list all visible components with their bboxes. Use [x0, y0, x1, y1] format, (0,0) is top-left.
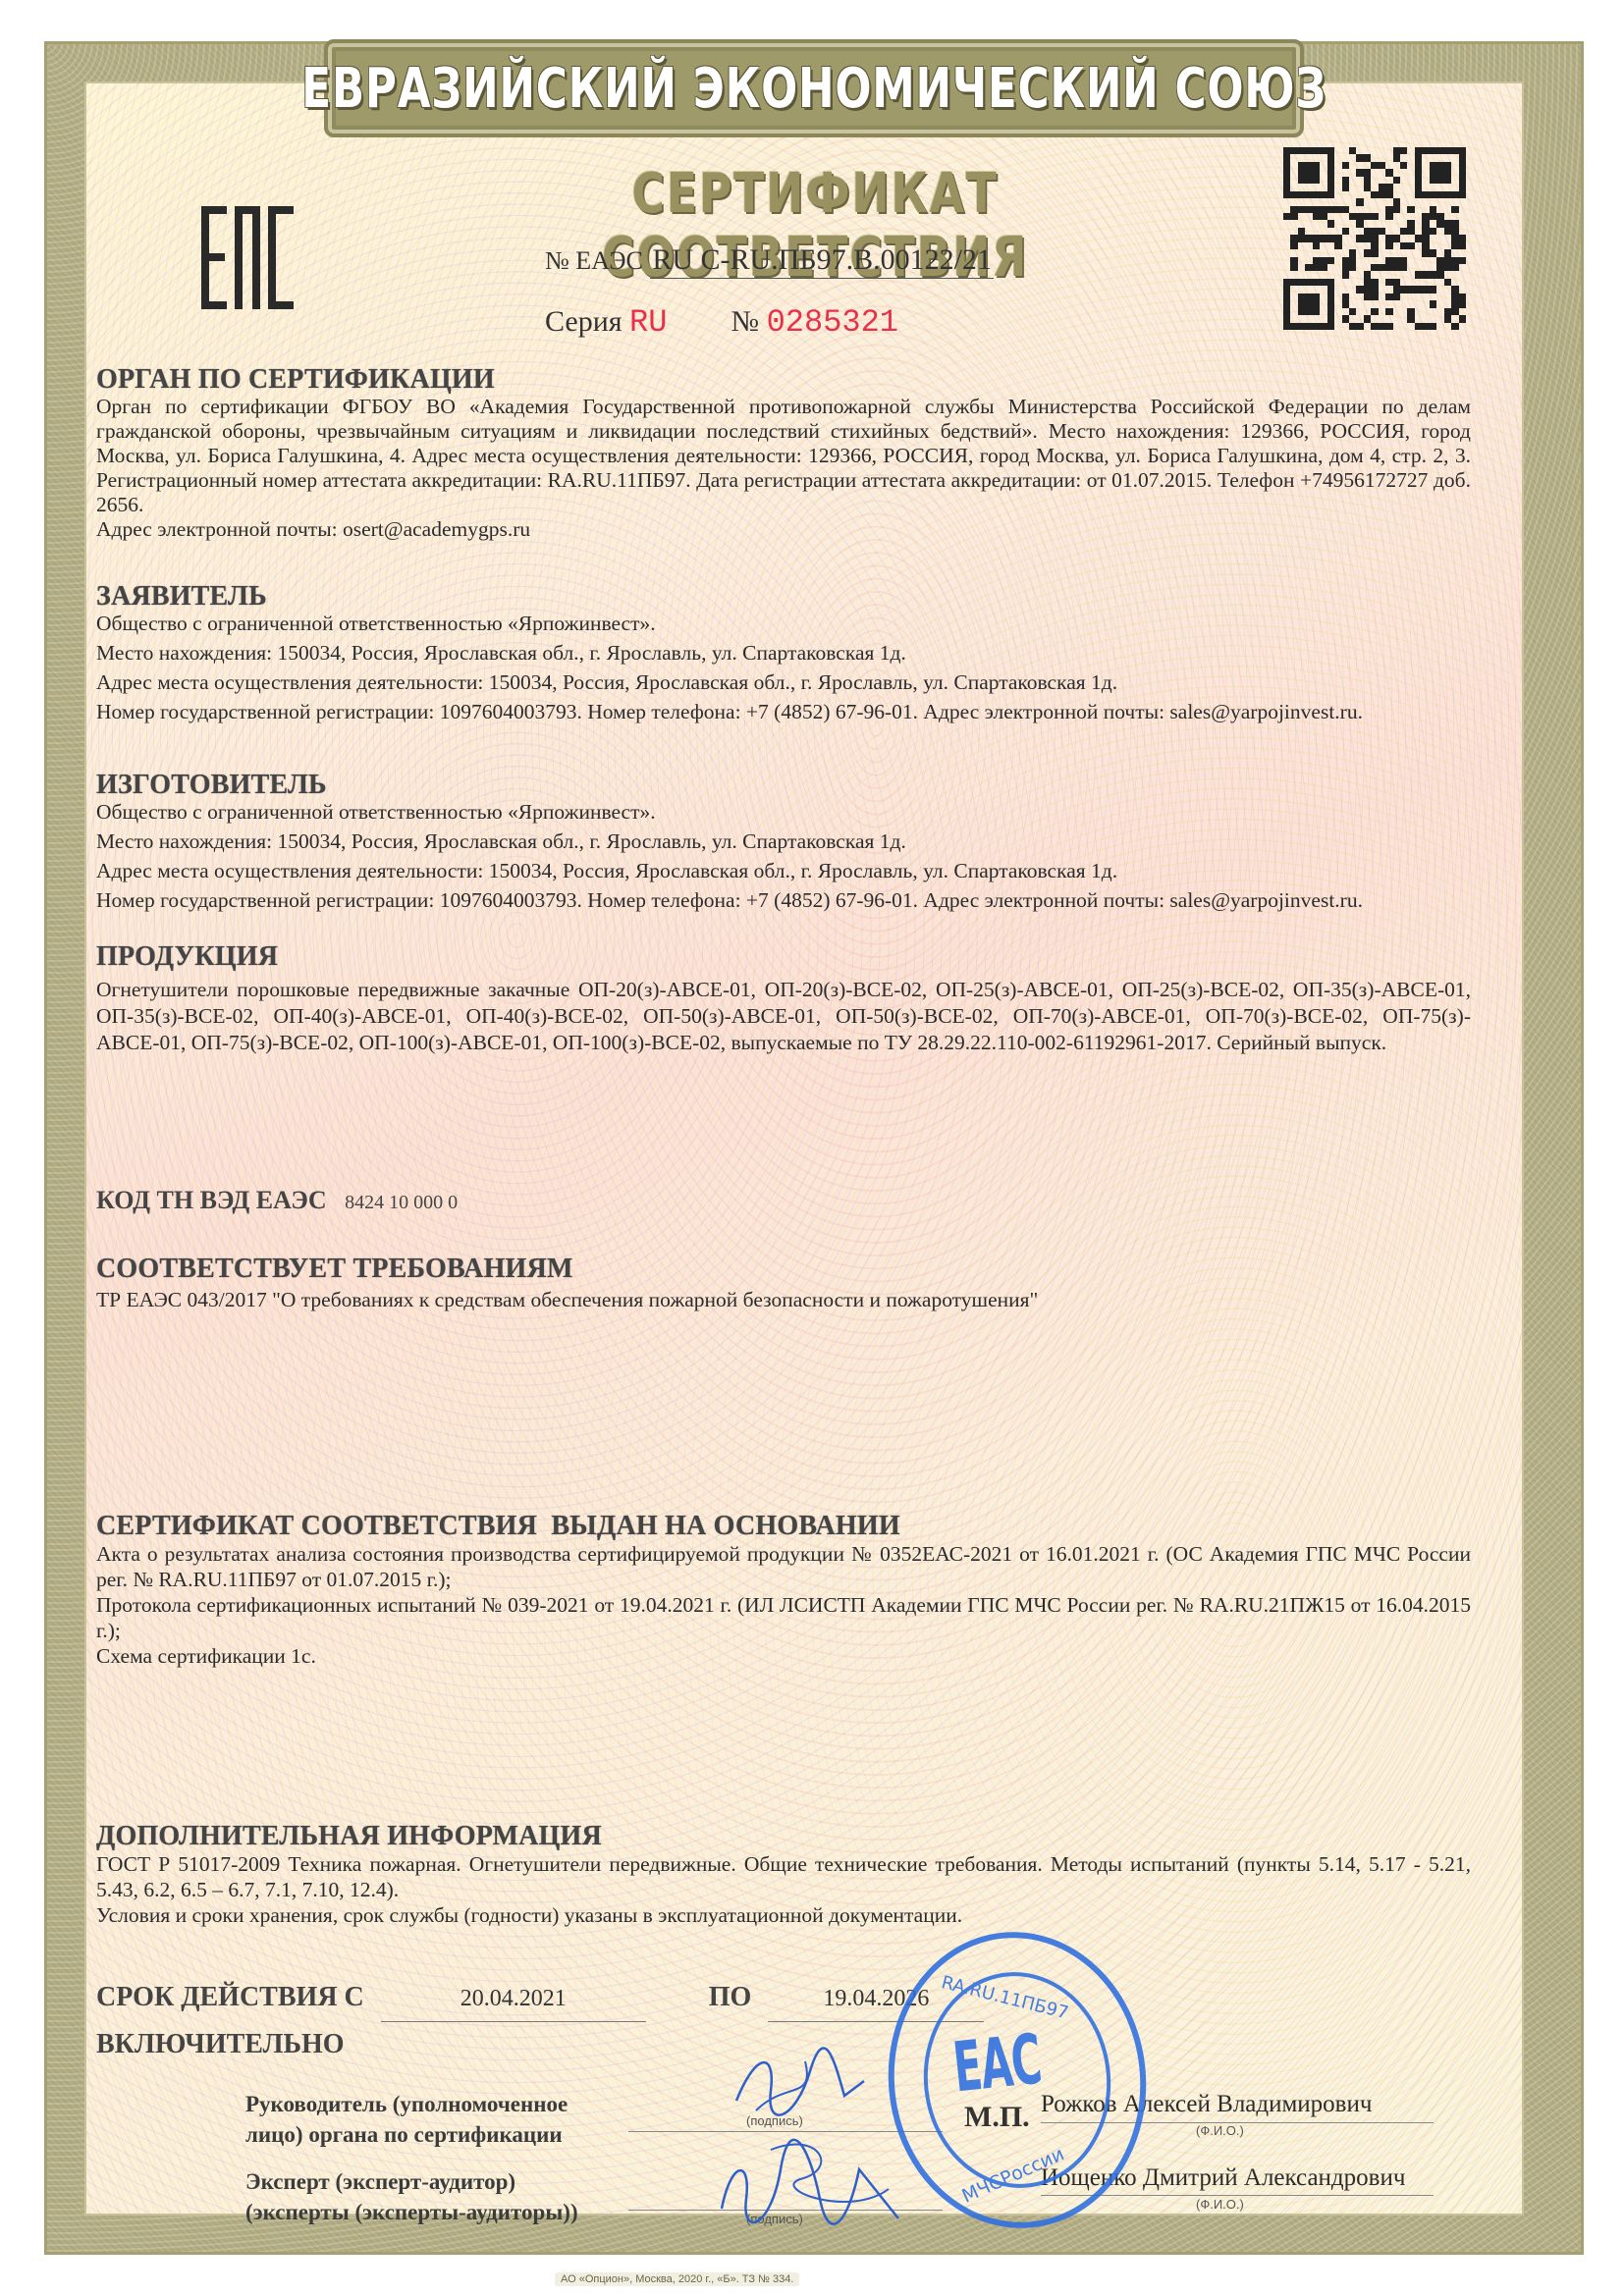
section-manufacturer: ИЗГОТОВИТЕЛЬ Общество с ограниченной отв… [96, 771, 1471, 918]
blank-series: Серия RU № 0285321 [545, 304, 898, 341]
applicant-line: Номер государственной регистрации: 10976… [96, 700, 1471, 724]
additional-info-line: ГОСТ Р 51017-2009 Техника пожарная. Огне… [96, 1851, 1471, 1902]
stamp-eac-mark: ЕАС [949, 2019, 1045, 2109]
blank-number-label: № [731, 305, 759, 338]
section-tn-ved: КОД ТН ВЭД ЕАЭС 8424 10 000 0 [96, 1188, 1471, 1215]
validity-to-label: ПО [709, 1982, 752, 2012]
eac-logo-icon [201, 206, 295, 309]
basis-line: Протокола сертификационных испытаний № 0… [96, 1592, 1471, 1643]
applicant-line: Адрес места осуществления деятельности: … [96, 670, 1471, 695]
section-heading: ОРГАН ПО СЕРТИФИКАЦИИ [96, 365, 1471, 395]
union-banner: ЕВРАЗИЙСКИЙ ЭКОНОМИЧЕСКИЙ СОЮЗ [324, 39, 1304, 137]
section-applicant: ЗАЯВИТЕЛЬ Общество с ограниченной ответс… [96, 582, 1471, 729]
printer-note: АО «Опцион», Москва, 2020 г., «Б». ТЗ № … [555, 2272, 799, 2286]
requirements-text: ТР ЕАЭС 043/2017 "О требованиях к средст… [96, 1288, 1471, 1312]
certificate-number-prefix: № ЕАЭС [545, 246, 643, 275]
products-text: Огнетушители порошковые передвижные зака… [96, 977, 1471, 1056]
section-certification-body: ОРГАН ПО СЕРТИФИКАЦИИ Орган по сертифика… [96, 365, 1471, 542]
applicant-line: Место нахождения: 150034, Россия, Яросла… [96, 641, 1471, 666]
section-heading: ИЗГОТОВИТЕЛЬ [96, 771, 1471, 800]
expert-label: Эксперт (эксперт-аудитор) (эксперты (экс… [245, 2166, 578, 2227]
certification-body-email: Адрес электронной почты: osert@academygp… [96, 517, 1471, 542]
basis-line: Акта о результатах анализа состояния про… [96, 1541, 1471, 1592]
section-heading: ЗАЯВИТЕЛЬ [96, 582, 1471, 612]
series-value: RU [629, 304, 667, 341]
tn-ved-value: 8424 10 000 0 [345, 1192, 458, 1213]
section-products: ПРОДУКЦИЯ Огнетушители порошковые передв… [96, 942, 1471, 1056]
head-signature-icon [717, 2042, 893, 2140]
additional-info-line: Условия и сроки хранения, срок службы (г… [96, 1902, 1471, 1928]
section-requirements: СООТВЕТСТВУЕТ ТРЕБОВАНИЯМ ТР ЕАЭС 043/20… [96, 1255, 1471, 1312]
section-heading: ПРОДУКЦИЯ [96, 942, 1471, 972]
blank-number: 0285321 [767, 304, 898, 341]
section-heading: ДОПОЛНИТЕЛЬНАЯ ИНФОРМАЦИЯ [96, 1822, 1471, 1851]
expert-name-caption: (Ф.И.О.) [1196, 2197, 1244, 2212]
section-heading: СЕРТИФИКАТ СООТВЕТСТВИЯ ВЫДАН НА ОСНОВАН… [96, 1512, 1471, 1541]
tn-ved-label: КОД ТН ВЭД ЕАЭС [96, 1186, 327, 1214]
manufacturer-line: Номер государственной регистрации: 10976… [96, 888, 1471, 913]
manufacturer-line: Адрес места осуществления деятельности: … [96, 859, 1471, 883]
section-basis: СЕРТИФИКАТ СООТВЕТСТВИЯ ВЫДАН НА ОСНОВАН… [96, 1512, 1471, 1669]
section-heading: СООТВЕТСТВУЕТ ТРЕБОВАНИЯМ [96, 1255, 1471, 1284]
qr-code [1283, 147, 1466, 330]
seal-label: М.П. [964, 2101, 1030, 2134]
validity-from-date: 20.04.2021 [381, 1976, 646, 2022]
basis-line: Схема сертификации 1с. [96, 1643, 1471, 1669]
manufacturer-line: Место нахождения: 150034, Россия, Яросла… [96, 829, 1471, 854]
expert-signature-icon [712, 2130, 908, 2238]
manufacturer-line: Общество с ограниченной ответственностью… [96, 800, 1471, 825]
certificate-number: № ЕАЭС RU C-RU.ПБ97.В.00122/21 [545, 243, 994, 277]
section-additional-info: ДОПОЛНИТЕЛЬНАЯ ИНФОРМАЦИЯ ГОСТ Р 51017-2… [96, 1822, 1471, 1928]
validity-inclusive-label: ВКЛЮЧИТЕЛЬНО [96, 2029, 345, 2059]
certification-body-text: Орган по сертификации ФГБОУ ВО «Академия… [96, 395, 1471, 542]
head-name-caption: (Ф.И.О.) [1196, 2123, 1244, 2138]
validity-from-label: СРОК ДЕЙСТВИЯ С [96, 1982, 364, 2012]
head-signatory-label: Руководитель (уполномоченное лицо) орган… [245, 2089, 568, 2150]
certificate-number-value: RU C-RU.ПБ97.В.00122/21 [650, 243, 994, 279]
union-name: ЕВРАЗИЙСКИЙ ЭКОНОМИЧЕСКИЙ СОЮЗ [301, 57, 1326, 121]
applicant-line: Общество с ограниченной ответственностью… [96, 612, 1471, 636]
series-label: Серия [545, 305, 623, 338]
